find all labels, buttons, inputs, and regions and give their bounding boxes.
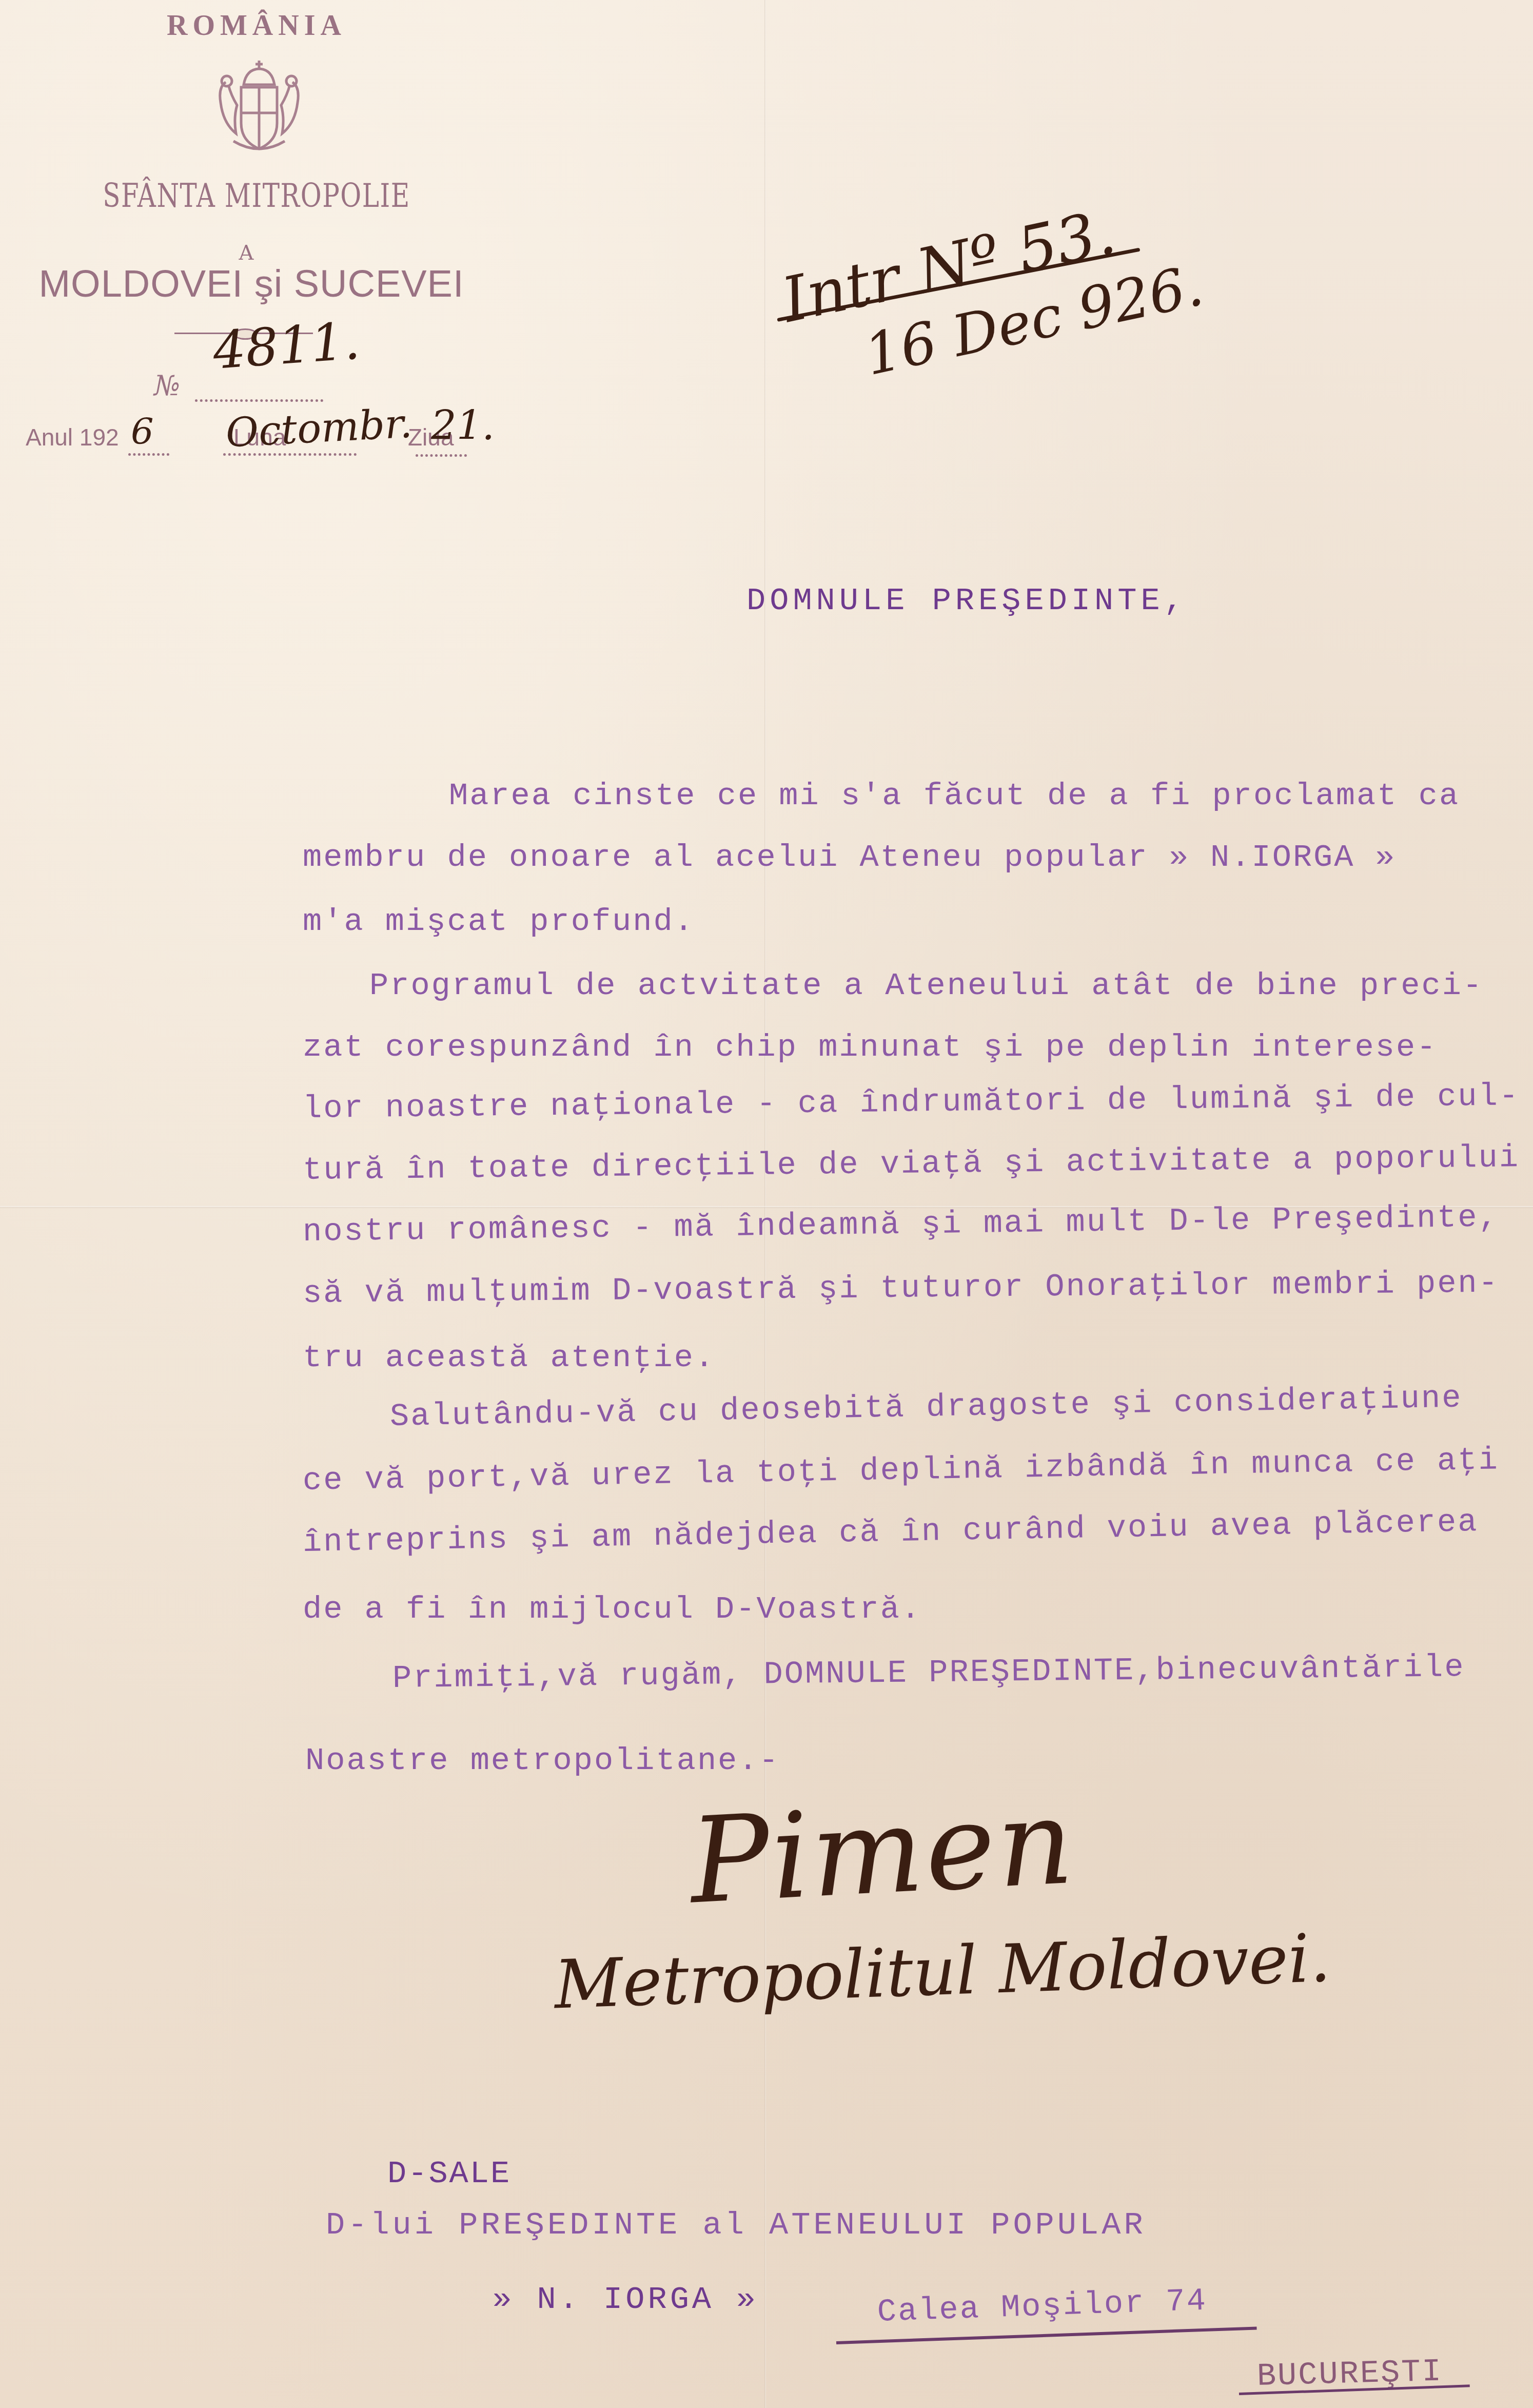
signature: Pimen (687, 1774, 1079, 1931)
body-line: întreprins şi am nădejdea că în curând v… (302, 1504, 1479, 1561)
address-line-honorific: D-SALE (387, 2155, 511, 2192)
letterhead-country: ROMÂNIA (123, 9, 390, 42)
body-line: ce vă port,vă urez la toţi deplină izbân… (302, 1442, 1499, 1499)
romanian-coat-of-arms-icon (205, 56, 313, 159)
signature-title: Metropolitul Moldovei. (553, 1919, 1332, 2024)
body-line: tură în toate direcţiile de viaţă şi act… (303, 1139, 1520, 1189)
address-line-institution: » N. IORGA » (493, 2281, 758, 2318)
registry-number-dotted-line (195, 399, 323, 402)
address-line-recipient: D-lui PREŞEDINTE al ATENEULUI POPULAR (326, 2207, 1146, 2243)
letterhead-institution-line2: MOLDOVEI şi SUCEVEI (21, 262, 482, 305)
address-street: Calea Moşilor 74 (877, 2283, 1208, 2331)
body-line: m'a mişcat profund. (303, 903, 695, 940)
vertical-fold-line (764, 0, 766, 2408)
body-line: zat corespunzând în chip minunat şi pe d… (303, 1029, 1437, 1065)
body-line: lor noastre naţionale - ca îndrumători d… (303, 1078, 1520, 1127)
body-line: Marea cinste ce mi s'a făcut de a fi pro… (449, 778, 1460, 814)
letterhead-institution-line1: SFÂNTA MITROPOLIE (81, 177, 433, 215)
year-dotted-line (128, 453, 169, 456)
registry-number-value: 4811. (211, 310, 362, 381)
body-line: tru această atenţie. (303, 1339, 715, 1376)
closing-line: Noastre metropolitane.- (305, 1742, 780, 1779)
year-label: Anul 192 (26, 423, 119, 451)
body-line: Salutându-vă cu deosebită dragoste şi co… (389, 1380, 1463, 1435)
body-line: de a fi în mijlocul D-Voastră. (303, 1591, 921, 1627)
month-value: Octombr. (225, 401, 414, 457)
closing-line: Primiţi,vă rugăm, DOMNULE PREŞEDINTE,bin… (392, 1649, 1465, 1697)
year-value: 6 (131, 411, 154, 453)
day-dotted-line (416, 454, 467, 457)
body-line: Programul de actvitate a Ateneului atât … (369, 967, 1483, 1004)
day-value: 21. (431, 403, 495, 449)
registry-number-label: № (154, 370, 195, 402)
salutation: DOMNULE PREŞEDINTE, (746, 582, 1187, 619)
body-line: membru de onoare al acelui Ateneu popula… (303, 839, 1396, 876)
letter-page: ROMÂNIA SFÂNTA MITROPOLIE A MOLDOVEI şi … (0, 0, 1533, 2408)
body-line: să vă mulţumim D-voastră şi tuturor Onor… (303, 1265, 1499, 1312)
